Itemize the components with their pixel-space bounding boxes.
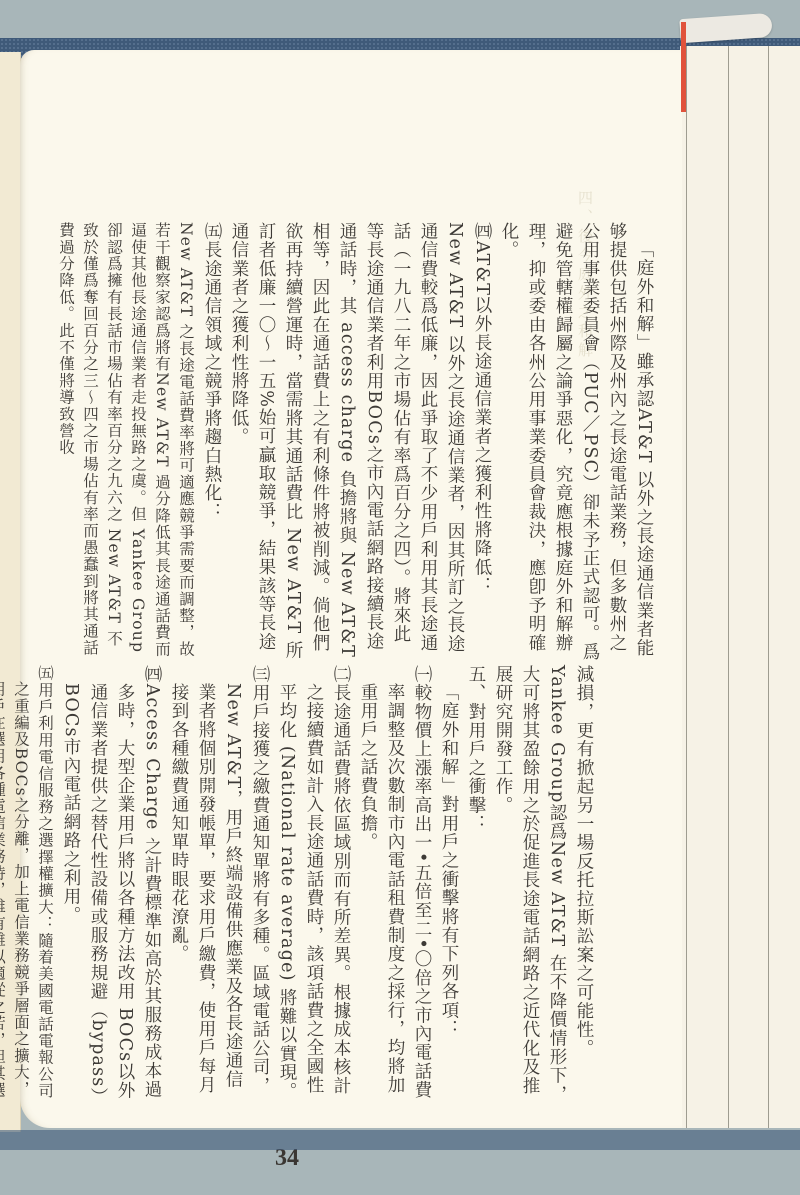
book-page: 四、後今庭外之和解 「庭外和解」雖承認AT&T 以外之長途通信業者能够提供包括州…	[20, 50, 682, 1128]
bookmark-ribbon	[680, 16, 720, 112]
item-marker-3: ㈢	[250, 665, 270, 684]
bottom-text-block: 減損，更有掀起另一場反托拉斯訟案之可能性。Yankee Group認爲New A…	[0, 665, 597, 1105]
item-marker-5: ㈤	[36, 665, 54, 682]
item-text-3: 用戶接獲之繳費通知單將有多種。區域電話公司，New AT&T，用戶終端設備供應業…	[169, 683, 270, 1096]
item-marker-2: ㈡	[331, 665, 351, 684]
paragraph-continuation: 減損，更有掀起另一場反托拉斯訟案之可能性。Yankee Group認爲New A…	[489, 665, 597, 1105]
heading-item-5: ㈤長途通信領域之競爭將趨白熱化：	[198, 222, 225, 662]
page-stack-edge	[680, 46, 800, 1128]
item-marker-1: ㈠	[412, 665, 432, 684]
section-intro: 「庭外和解」對用戶之衝擊將有下列各項：	[435, 665, 462, 1105]
item-text-2: 長途通話費將依區域別而有所差異。根據成本核計之接續費如計入長途通話費時，該項話費…	[277, 683, 351, 1101]
paragraph-settlement: 「庭外和解」雖承認AT&T 以外之長途通信業者能够提供包括州際及州內之長途電話業…	[495, 222, 657, 662]
item-text-4: Access Charge 之計費標準如高於其服務成本過多時，大型企業用戶將以各…	[61, 683, 162, 1100]
paragraph-item-4: New AT&T 以外之長途通信業者，因其所訂之長途通信費較爲低廉，因此爭取了不…	[225, 222, 468, 662]
paragraph-item-5: New AT&T 之長途電話費率將可適應競爭需要而調整，故若干觀察家認爲將有Ne…	[54, 222, 198, 662]
heading-item-4: ㈣AT&T以外長途通信業者之獲利性將降低：	[468, 222, 495, 662]
item-text-5: 用戶利用電信服務之選擇權擴大：隨着美國電話電報公司之重編及BOCs之分離，加上電…	[0, 681, 54, 1100]
ribbon-icon	[681, 22, 686, 112]
section-heading-5: 五、對用戶之衝擊：	[462, 665, 489, 1105]
top-text-block: 「庭外和解」雖承認AT&T 以外之長途通信業者能够提供包括州際及州內之長途電話業…	[54, 222, 657, 662]
book-cover-bottom	[0, 1130, 800, 1150]
item-text-1: 較物價上漲率高出一•五倍至二•〇倍之市內電話費率調整及次數制市內電話租費制度之採…	[358, 683, 432, 1100]
item-marker-4: ㈣	[142, 665, 162, 684]
